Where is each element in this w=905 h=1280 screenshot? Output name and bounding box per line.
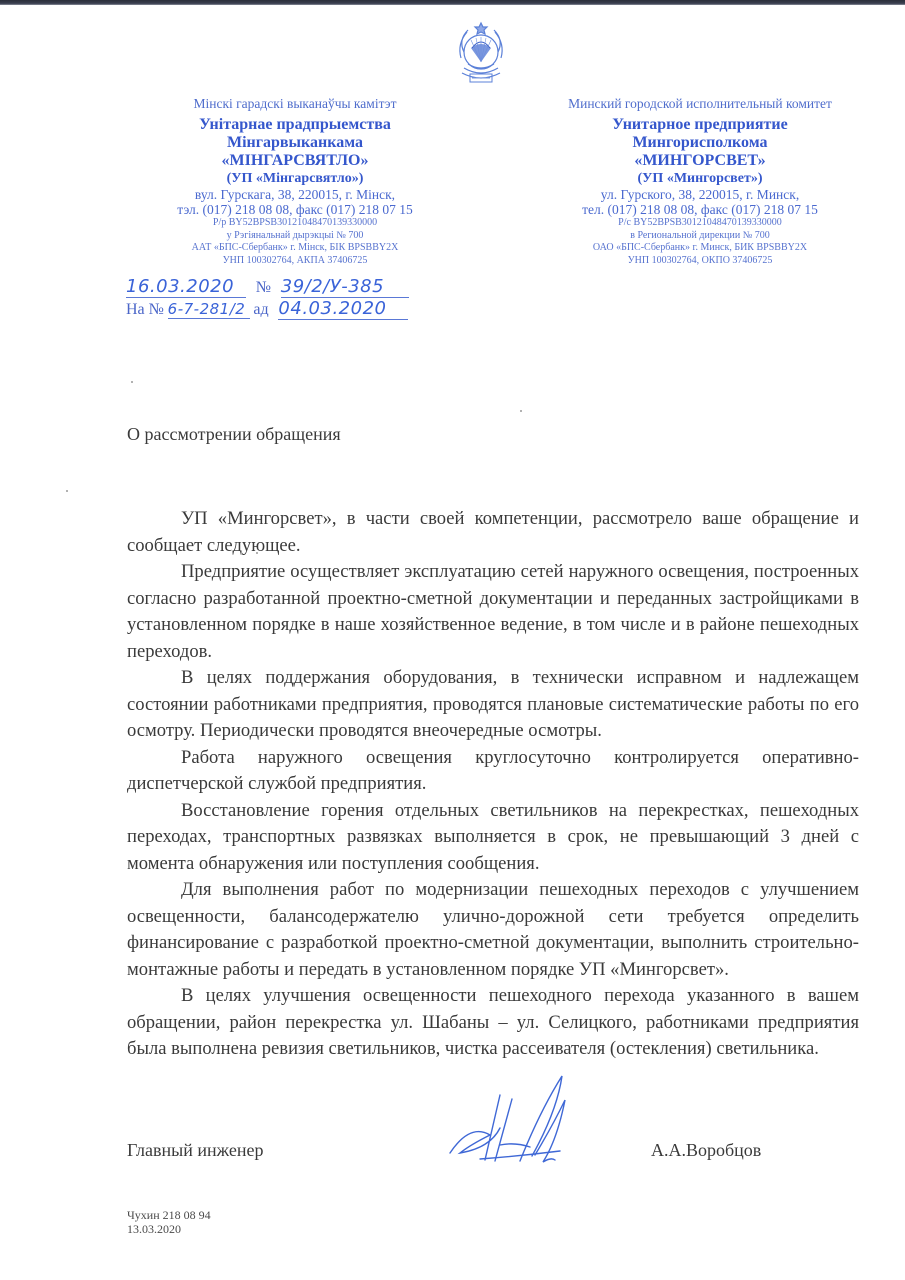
reply-suffix: ад [253,301,268,318]
org-short-name: (УП «Мінгарсвятло») [160,170,430,187]
body-paragraph: УП «Мингорсвет», в части своей компетенц… [127,506,859,559]
org-short-name: (УП «Мингорсвет») [540,170,860,187]
reply-prefix: На № [126,301,164,318]
signatory-title: Главный инженер [127,1140,263,1161]
letter-subject: О рассмотрении обращения [127,424,341,445]
committee-name: Мінскі гарадскі выканаўчы камітэт [160,95,430,112]
org-address: ул. Гурского, 38, 220015, г. Минск, [540,187,860,202]
scan-speck [256,552,258,554]
org-account: Р/с BY52BPSB30121048470139330000 [540,217,860,230]
letterhead-belarusian: Мінскі гарадскі выканаўчы камітэт Унітар… [160,95,430,267]
scan-speck [520,410,522,412]
org-bank: ААТ «БПС-Сбербанк» г. Мінск, БІК BPSBBY2… [160,242,430,255]
org-name-line2: Мингорисполкома [540,134,860,152]
org-name-line3: «МИНГОРСВЕТ» [540,152,860,170]
org-ids: УНП 100302764, ОКПО 37406725 [540,255,860,268]
org-ids: УНП 100302764, АКПА 37406725 [160,255,430,268]
org-directorate: в Региональной дирекции № 700 [540,230,860,243]
body-paragraph: Для выполнения работ по модернизации пеш… [127,877,859,983]
reply-to-registration: На № 6-7-281/2 ад 04.03.2020 [126,298,426,320]
executor-info: Чухин 218 08 94 [127,1208,211,1222]
org-phone: тэл. (017) 218 08 08, факс (017) 218 07 … [160,202,430,217]
org-phone: тел. (017) 218 08 08, факс (017) 218 07 … [540,202,860,217]
outgoing-date: 16.03.2020 [126,276,246,298]
org-name-line3: «МІНГАРСВЯТЛО» [160,152,430,170]
body-paragraph: В целях улучшения освещенности пешеходно… [127,983,859,1063]
letterhead-russian: Минский городской исполнительный комитет… [540,95,860,267]
handwritten-signature-icon [440,1075,590,1175]
body-paragraph: Работа наружного освещения круглосуточно… [127,745,859,798]
belarus-state-emblem-icon [446,18,516,88]
registration-block: 16.03.2020 № 39/2/У-385 На № 6-7-281/2 а… [126,276,426,320]
scan-speck [66,490,68,492]
org-name-line1: Унитарное предприятие [540,116,860,134]
body-paragraph: Предприятие осуществляет эксплуатацию се… [127,559,859,665]
committee-name: Минский городской исполнительный комитет [540,95,860,112]
org-directorate: у Рэгіянальнай дырэкцыі № 700 [160,230,430,243]
executor-footer: Чухин 218 08 94 13.03.2020 [127,1208,211,1236]
letter-body: УП «Мингорсвет», в части своей компетенц… [127,506,859,1063]
scan-speck [131,381,133,383]
reply-date: 04.03.2020 [278,298,408,320]
executor-date: 13.03.2020 [127,1222,211,1236]
body-paragraph: Восстановление горения отдельных светиль… [127,798,859,878]
org-account: Р/р BY52BPSB30121048470139330000 [160,217,430,230]
org-name-line2: Мінгарвыканкама [160,134,430,152]
org-address: вул. Гурскага, 38, 220015, г. Мінск, [160,187,430,202]
org-bank: ОАО «БПС-Сбербанк» г. Минск, БИК BPSBBY2… [540,242,860,255]
scan-top-edge [0,0,905,5]
outgoing-registration: 16.03.2020 № 39/2/У-385 [126,276,426,298]
org-name-line1: Унітарнае прадпрыемства [160,116,430,134]
number-label: № [256,279,271,296]
reply-number: 6-7-281/2 [168,300,250,319]
signatory-name: А.А.Воробцов [651,1140,761,1161]
body-paragraph: В целях поддержания оборудования, в техн… [127,665,859,745]
outgoing-number: 39/2/У-385 [281,276,409,298]
